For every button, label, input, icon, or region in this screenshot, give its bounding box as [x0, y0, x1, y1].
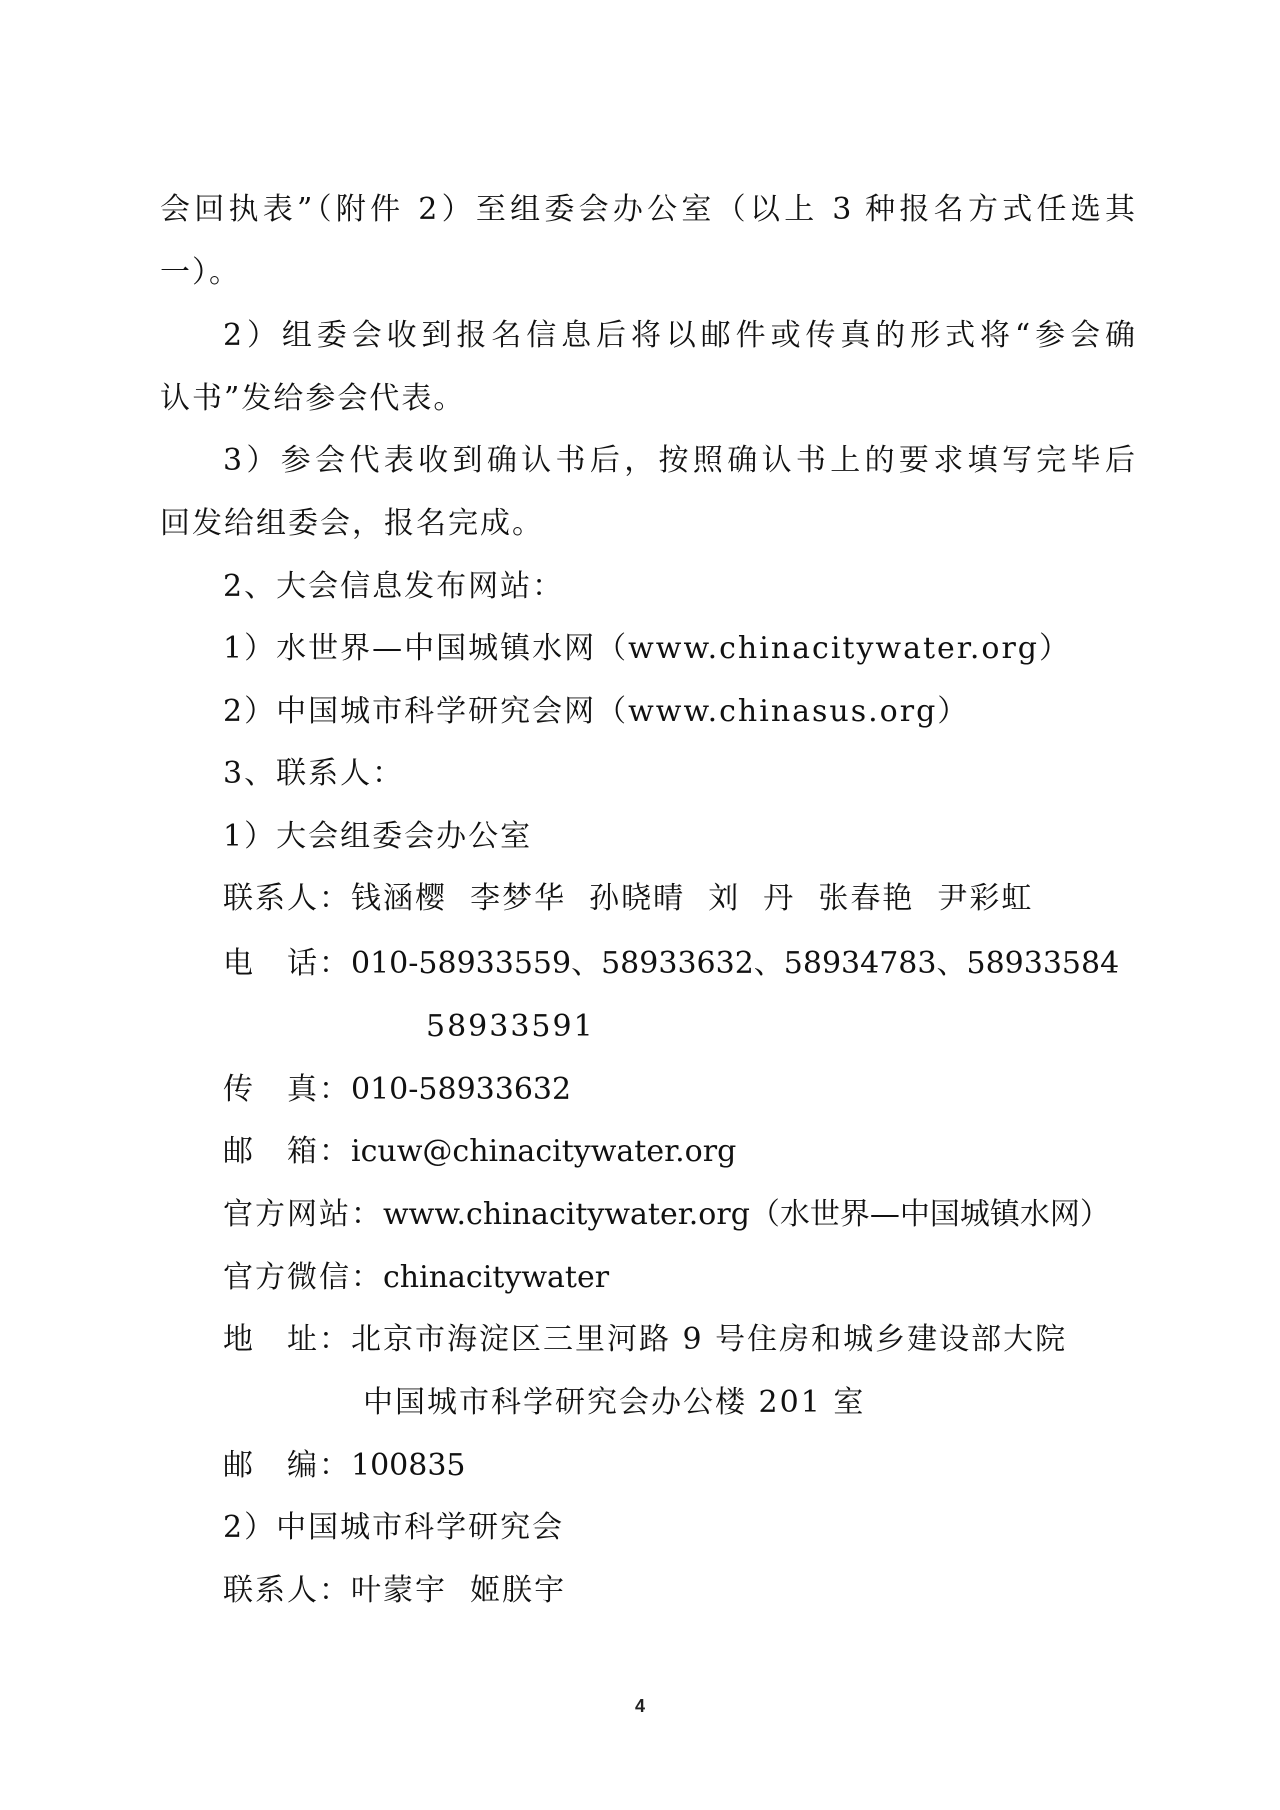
fax-label: 传 真： [223, 1070, 351, 1110]
fax-row: 传 真：010-58933632 [223, 1070, 1135, 1110]
phone-label: 电 话： [223, 944, 351, 984]
contacts-value: 叶蒙宇 姬朕宇 [351, 1573, 566, 1608]
page-number: 4 [0, 1696, 1280, 1717]
paragraph-line: 会回执表”（附件 2）至组委会办公室（以上 3 种报名方式任选其 [160, 190, 1135, 230]
fax-value: 010-58933632 [351, 1072, 571, 1107]
society-contacts-row: 联系人：叶蒙宇 姬朕宇 [223, 1571, 1135, 1611]
office-contacts-row: 联系人：钱涵樱 李梦华 孙晓晴 刘 丹 张春艳 尹彩虹 [223, 879, 1135, 919]
office-heading: 1）大会组委会办公室 [223, 817, 1135, 857]
address-continuation: 中国城市科学研究会办公楼 201 室 [363, 1383, 1280, 1423]
contacts-label: 联系人： [223, 879, 351, 919]
postcode-label: 邮 编： [223, 1446, 351, 1486]
contacts-value: 钱涵樱 李梦华 孙晓晴 刘 丹 张春艳 尹彩虹 [351, 881, 1033, 916]
website-label: 官方网站： [223, 1195, 383, 1235]
website-item: 2）中国城市科学研究会网（www.chinasus.org） [223, 692, 1135, 732]
email-value: icuw@chinacitywater.org [351, 1134, 736, 1169]
section-heading-websites: 2、大会信息发布网站： [223, 567, 1135, 607]
society-heading: 2）中国城市科学研究会 [223, 1508, 1135, 1548]
document-page: 会回执表”（附件 2）至组委会办公室（以上 3 种报名方式任选其 一）。 2）组… [0, 0, 1280, 1810]
postcode-value: 100835 [351, 1448, 466, 1483]
email-label: 邮 箱： [223, 1132, 351, 1172]
paragraph-line: 回发给组委会，报名完成。 [160, 504, 1135, 544]
address-label: 地 址： [223, 1320, 351, 1360]
paragraph-line: 2）组委会收到报名信息后将以邮件或传真的形式将“参会确 [223, 316, 1135, 356]
phone-value: 010-58933559、58933632、58934783、58933584 [351, 946, 1119, 981]
postcode-row: 邮 编：100835 [223, 1446, 1135, 1486]
address-value: 北京市海淀区三里河路 9 号住房和城乡建设部大院 [351, 1322, 1067, 1357]
phone-row: 电 话：010-58933559、58933632、58934783、58933… [223, 944, 1135, 984]
paragraph-line: 一）。 [160, 253, 1135, 293]
paragraph-line: 3）参会代表收到确认书后，按照确认书上的要求填写完毕后 [223, 441, 1135, 481]
paragraph-line: 认书”发给参会代表。 [160, 379, 1135, 419]
website-item: 1）水世界—中国城镇水网（www.chinacitywater.org） [223, 629, 1135, 669]
wechat-value: chinacitywater [383, 1260, 609, 1295]
section-heading-contacts: 3、联系人： [223, 754, 1135, 794]
website-row: 官方网站：www.chinacitywater.org（水世界—中国城镇水网） [223, 1195, 1135, 1235]
contacts-label: 联系人： [223, 1571, 351, 1611]
wechat-row: 官方微信：chinacitywater [223, 1258, 1135, 1298]
website-value: www.chinacitywater.org（水世界—中国城镇水网） [383, 1197, 1110, 1232]
address-row: 地 址：北京市海淀区三里河路 9 号住房和城乡建设部大院 [223, 1320, 1135, 1360]
wechat-label: 官方微信： [223, 1258, 383, 1298]
email-row: 邮 箱：icuw@chinacitywater.org [223, 1132, 1135, 1172]
phone-continuation: 58933591 [426, 1007, 1280, 1047]
